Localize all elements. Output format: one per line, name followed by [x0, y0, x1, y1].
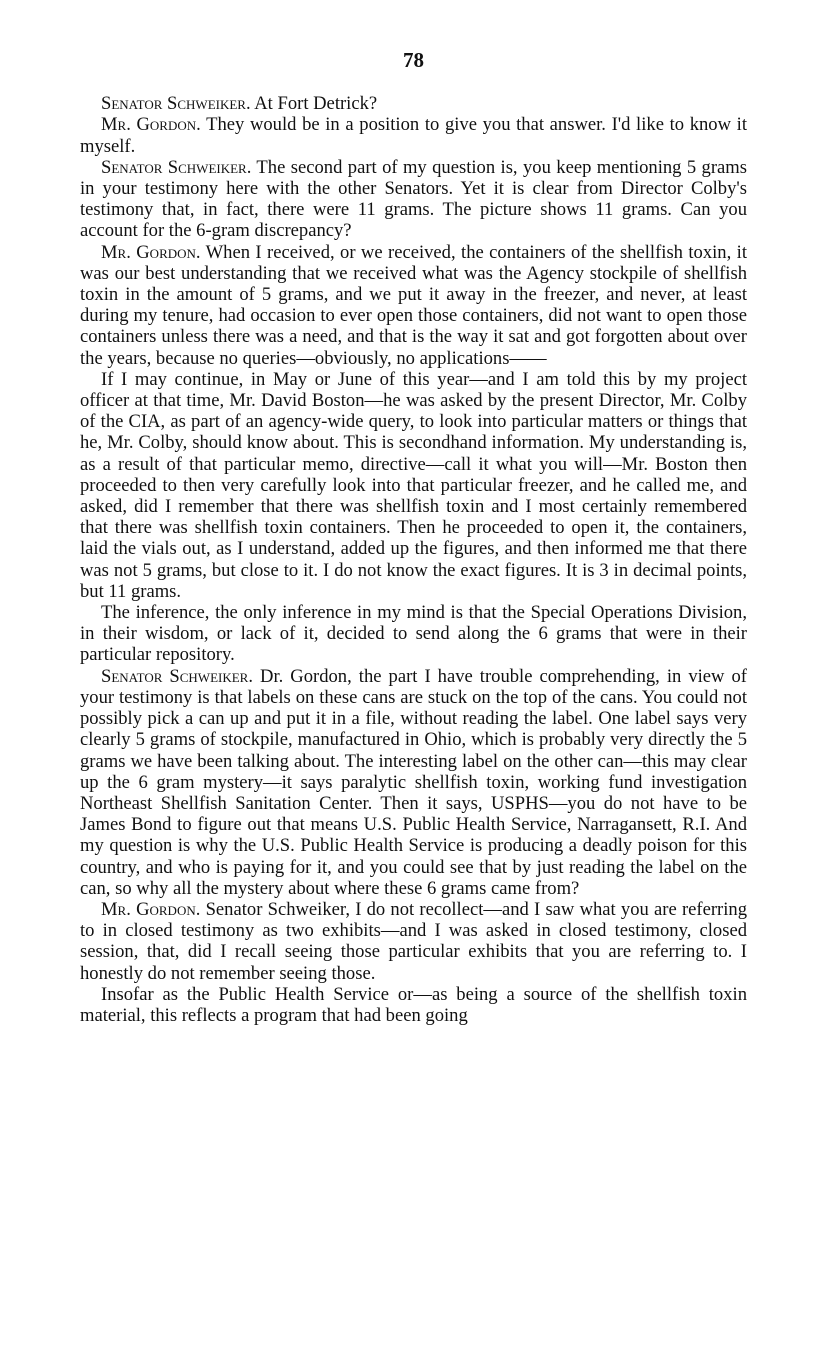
paragraph-text: Dr. Gordon, the part I have trouble comp…	[80, 666, 747, 899]
paragraph: Mr. Gordon. Senator Schweiker, I do not …	[80, 899, 747, 984]
paragraph: If I may continue, in May or June of thi…	[80, 369, 747, 602]
paragraph: Mr. Gordon. They would be in a position …	[80, 114, 747, 156]
paragraph: Senator Schweiker. At Fort Detrick?	[80, 93, 747, 114]
paragraph-text: Insofar as the Public Health Service or—…	[80, 984, 747, 1026]
paragraph: Senator Schweiker. The second part of my…	[80, 157, 747, 242]
paragraph-text: The inference, the only inference in my …	[80, 602, 747, 665]
page-number: 78	[80, 50, 747, 71]
speaker-name: Senator Schweiker.	[101, 666, 253, 687]
document-page: 78 Senator Schweiker. At Fort Detrick? M…	[80, 50, 747, 1026]
speaker-name: Mr. Gordon.	[101, 899, 200, 920]
paragraph: Insofar as the Public Health Service or—…	[80, 984, 747, 1026]
speaker-name: Senator Schweiker.	[101, 157, 251, 178]
speaker-name: Mr. Gordon.	[101, 242, 201, 263]
paragraph-text: At Fort Detrick?	[251, 93, 378, 114]
speaker-name: Senator Schweiker.	[101, 93, 251, 114]
speaker-name: Mr. Gordon.	[101, 114, 201, 135]
paragraph: Mr. Gordon. When I received, or we recei…	[80, 242, 747, 369]
paragraph-text: If I may continue, in May or June of thi…	[80, 369, 747, 602]
paragraph: The inference, the only inference in my …	[80, 602, 747, 666]
paragraph: Senator Schweiker. Dr. Gordon, the part …	[80, 666, 747, 899]
